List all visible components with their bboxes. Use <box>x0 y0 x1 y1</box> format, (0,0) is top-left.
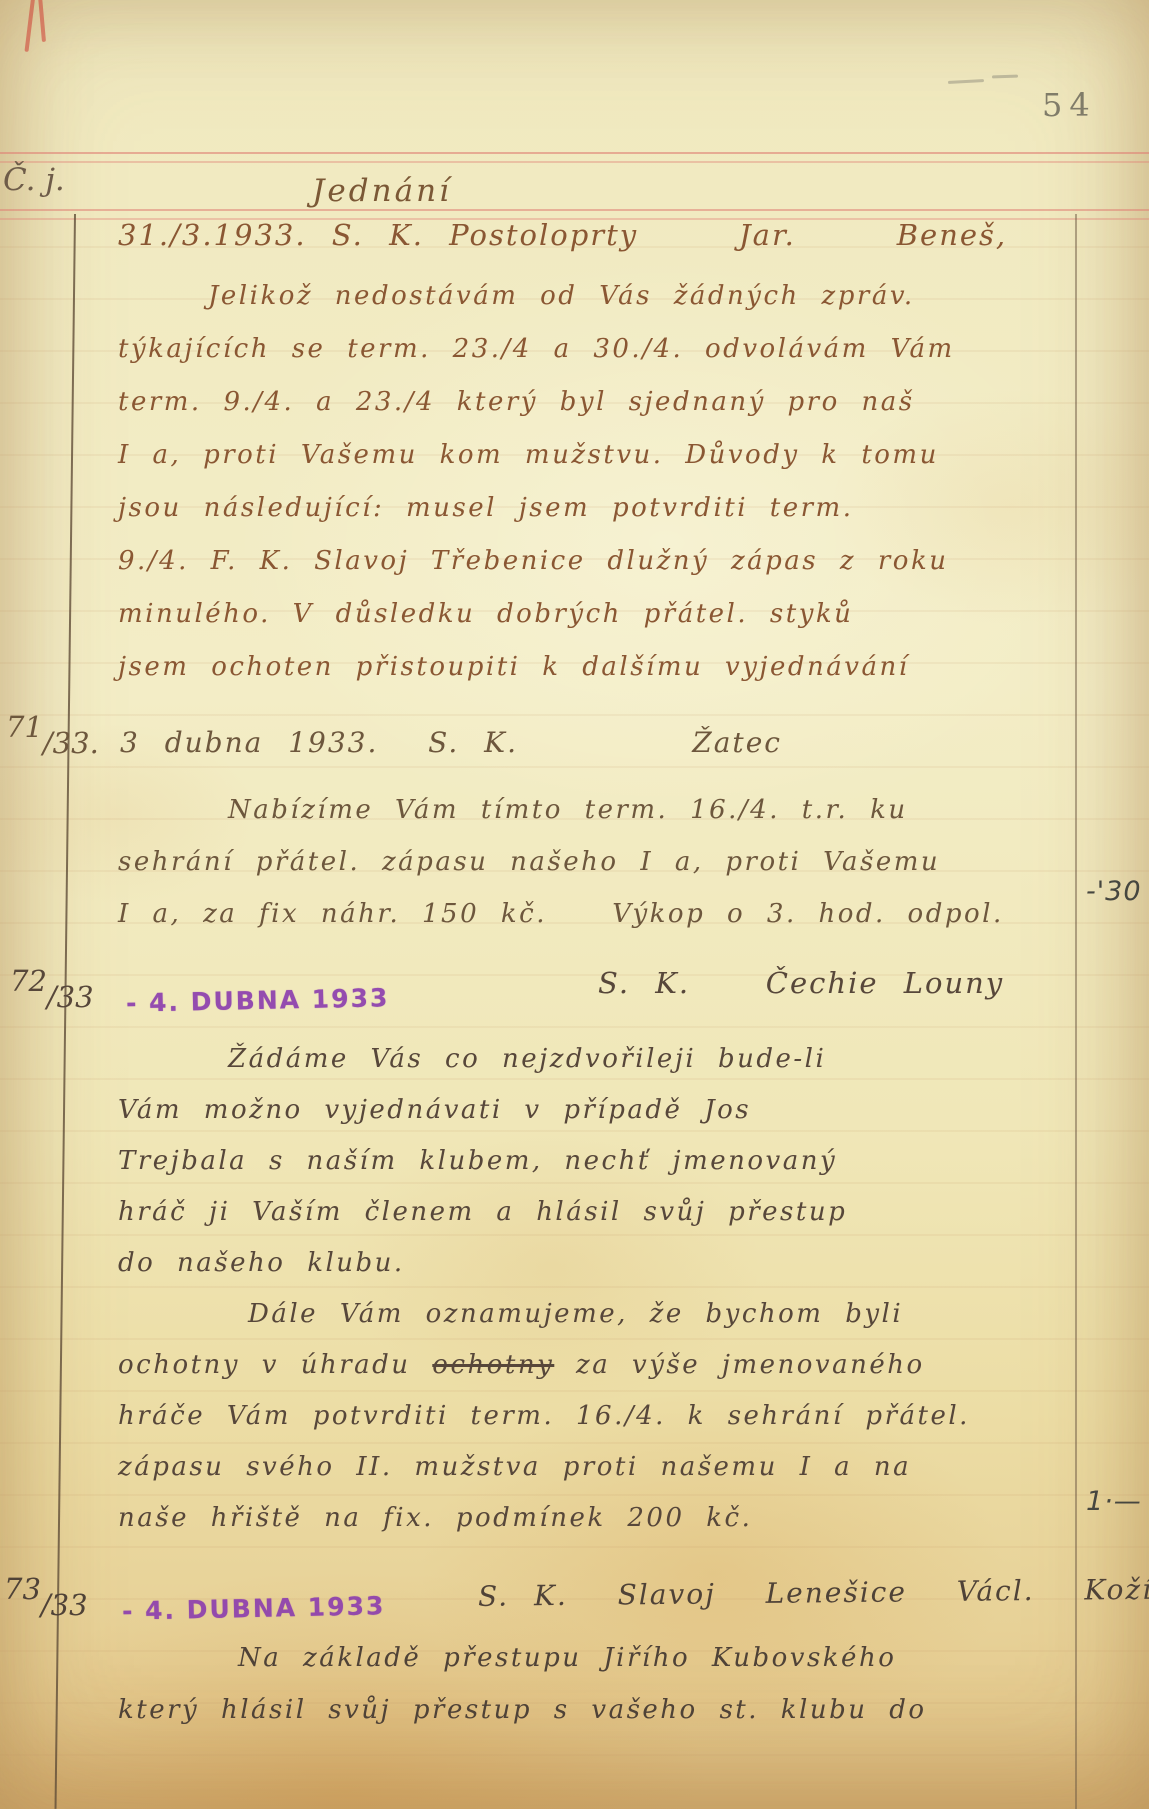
handwriting-line: minulého. V důsledku dobrých přátel. sty… <box>118 588 1068 641</box>
entry-heading: S. K. Čechie Louny <box>598 966 1004 1000</box>
handwriting-line: Nabízíme Vám tímto term. 16./4. t.r. ku <box>118 784 1068 836</box>
page-number: 54 <box>1042 86 1097 124</box>
margin-entry-number: 71/33. <box>6 718 99 752</box>
handwriting-line: term. 9./4. a 23./4 který byl sjednaný p… <box>118 376 1068 429</box>
date-stamp: - 4. DUBNA 1933 <box>122 1591 386 1626</box>
margin-entry-number: 73/33 <box>4 1580 88 1614</box>
entry-heading: 3 dubna 1933. S. K. Žatec <box>120 726 782 759</box>
struck-word: ochotny <box>432 1350 554 1380</box>
handwriting-line: sehrání přátel. zápasu našeho I a, proti… <box>118 836 1068 888</box>
handwriting-line-with-strikethrough: ochotny v úhradu ochotny za výše jmenova… <box>118 1340 1078 1391</box>
red-edge-mark <box>38 0 46 42</box>
entry-number-numerator: 73 <box>4 1572 41 1606</box>
margin-column-rule-right <box>1075 214 1077 1809</box>
scanned-ledger-page: 54 Č. j. Jednání 31./3.1933. S. K. Posto… <box>0 0 1149 1809</box>
handwriting-line: Trejbala s naším klubem, nechť jmenovaný <box>118 1136 1078 1187</box>
margin-entry-number: 72/33 <box>10 972 94 1006</box>
entry-number-denominator: /33. <box>43 726 99 760</box>
margin-note: 1·— <box>1086 1486 1142 1517</box>
date-stamp: - 4. DUBNA 1933 <box>126 983 390 1018</box>
entry-number-denominator: /33 <box>41 1588 88 1622</box>
entry-number-numerator: 72 <box>10 964 47 998</box>
red-rule-top <box>0 152 1149 163</box>
handwriting-line: který hlásil svůj přestup s vašeho st. k… <box>118 1684 1078 1736</box>
line-segment: ochotny v úhradu <box>118 1350 432 1380</box>
handwriting-line: I a, za fix náhr. 150 kč. Výkop o 3. hod… <box>118 888 1068 940</box>
handwriting-line: týkajících se term. 23./4 a 30./4. odvol… <box>118 323 1068 376</box>
handwriting-line: Na základě přestupu Jiřího Kubovského <box>118 1632 1078 1684</box>
handwriting-line: Vám možno vyjednávati v případě Jos <box>118 1085 1078 1136</box>
handwriting-line: 9./4. F. K. Slavoj Třebenice dlužný zápa… <box>118 535 1068 588</box>
entry-heading: S. K. Slavoj Lenešice Václ. Kožíšek. <box>478 1572 1149 1613</box>
handwriting-line: jsou následující: musel jsem potvrditi t… <box>118 482 1068 535</box>
handwriting-line: I a, proti Vašemu kom mužstvu. Důvody k … <box>118 429 1068 482</box>
entry-heading: 31./3.1933. S. K. Postoloprty Jar. Beneš… <box>118 218 1007 252</box>
entry-number-denominator: /33 <box>47 980 94 1014</box>
handwriting-line: Žádáme Vás co nejzdvořileji bude-li <box>118 1034 1078 1085</box>
header-column-number-label: Č. j. <box>3 162 65 198</box>
handwriting-line: Jelikož nedostávám od Vás žádných zpráv. <box>118 270 1068 323</box>
pencil-mark <box>948 79 984 84</box>
red-edge-mark <box>24 0 35 52</box>
handwriting-line: hráč ji Vaším členem a hlásil svůj přest… <box>118 1187 1078 1238</box>
handwriting-line: jsem ochoten přistoupiti k dalšímu vyjed… <box>118 641 1068 694</box>
handwriting-line: hráče Vám potvrditi term. 16./4. k sehrá… <box>118 1391 1078 1442</box>
header-column-title: Jednání <box>312 173 452 209</box>
pencil-mark <box>992 75 1018 79</box>
line-segment: za výše jmenovaného <box>554 1350 924 1380</box>
margin-note: -'30 <box>1086 876 1142 907</box>
entry-number-numerator: 71 <box>6 710 43 744</box>
handwriting-line: do našeho klubu. <box>118 1238 1078 1289</box>
handwriting-line: zápasu svého II. mužstva proti našemu I … <box>118 1442 1078 1493</box>
handwriting-line: Dále Vám oznamujeme, že bychom byli <box>118 1289 1078 1340</box>
handwriting-line: naše hřiště na fix. podmínek 200 kč. <box>118 1493 1078 1544</box>
